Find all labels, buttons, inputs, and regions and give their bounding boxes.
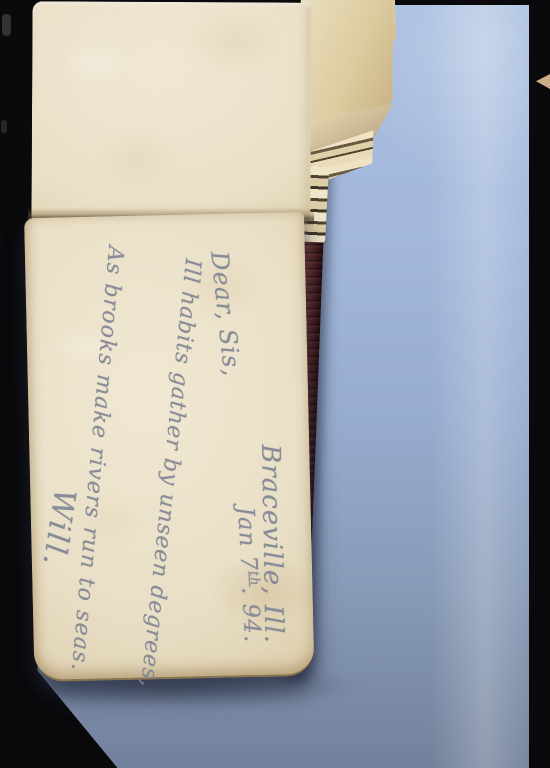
date-ordinal: th <box>246 571 262 587</box>
scanned-album-photo: Braceville, Ill. Jan 7th. 94. Dear, Sis,… <box>0 0 550 768</box>
scuff-mark <box>1 120 7 133</box>
date-suffix: . 94. <box>236 586 265 643</box>
scuff-mark <box>2 14 11 36</box>
date-prefix: Jan 7 <box>232 506 261 572</box>
flipped-up-page <box>31 1 311 221</box>
scanner-black-edge-right <box>529 0 550 768</box>
